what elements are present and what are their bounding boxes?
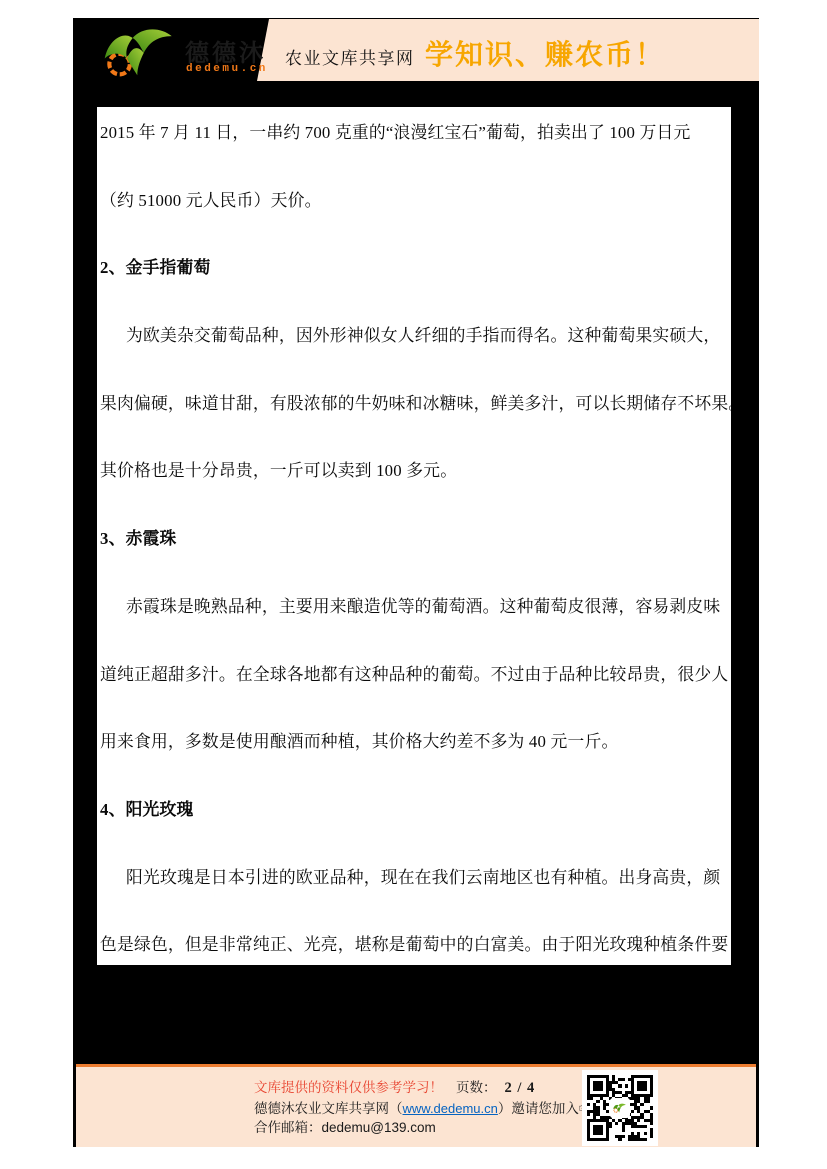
body-line: （约 51000 元人民币）天价。 bbox=[100, 187, 731, 255]
dedemu-logo: 德德沐 dedemu.cn bbox=[97, 25, 267, 79]
footer-row-email: 合作邮箱：dedemu@139.com bbox=[254, 1118, 592, 1138]
body-line: 色是绿色，但是非常纯正、光亮，堪称是葡萄中的白富美。由于阳光玫瑰种植条件要 bbox=[100, 931, 731, 965]
reference-notice: 文库提供的资料仅供参考学习！ bbox=[254, 1078, 456, 1098]
site-name: 农业文库共享网 bbox=[285, 44, 415, 69]
document-canvas: 德德沐 dedemu.cn 农业文库共享网 学知识、赚农币！ 2015 年 7 … bbox=[0, 0, 827, 1169]
bird-logo-icon bbox=[97, 25, 185, 79]
website-link[interactable]: www.dedemu.cn bbox=[403, 1101, 498, 1116]
footer-row-notice: 文库提供的资料仅供参考学习！页数：2 / 4 bbox=[254, 1078, 592, 1099]
page-number: 2 / 4 bbox=[505, 1080, 536, 1096]
section-heading: 3、赤霞珠 bbox=[100, 525, 731, 593]
body-line: 其价格也是十分昂贵，一斤可以卖到 100 多元。 bbox=[100, 457, 731, 525]
invite-suffix: ）邀请您加入☞ bbox=[498, 1101, 593, 1116]
brand-domain: dedemu.cn bbox=[186, 63, 268, 75]
header-banner: 德德沐 dedemu.cn 农业文库共享网 学知识、赚农币！ bbox=[73, 19, 759, 81]
body-line: 果肉偏硬，味道甘甜，有股浓郁的牛奶味和冰糖味，鲜美多汁，可以长期储存不坏果。 bbox=[100, 390, 731, 458]
pages-label: 页数： bbox=[456, 1080, 497, 1095]
qr-code bbox=[582, 1070, 658, 1146]
document-text-block: 2015 年 7 月 11 日，一串约 700 克重的“浪漫红宝石”葡萄，拍卖出… bbox=[97, 107, 731, 965]
section-heading: 4、阳光玫瑰 bbox=[100, 796, 731, 864]
footer-row-invite: 德德沐农业文库共享网（www.dedemu.cn）邀请您加入☞ bbox=[254, 1099, 592, 1119]
body-line: 阳光玫瑰是日本引进的欧亚品种，现在在我们云南地区也有种植。出身高贵，颜 bbox=[100, 864, 731, 932]
section-heading: 2、金手指葡萄 bbox=[100, 254, 731, 322]
pdf-page: 德德沐 dedemu.cn 农业文库共享网 学知识、赚农币！ 2015 年 7 … bbox=[73, 18, 759, 1147]
body-line: 道纯正超甜多汁。在全球各地都有这种品种的葡萄。不过由于品种比较昂贵，很少人 bbox=[100, 661, 731, 729]
body-line: 2015 年 7 月 11 日，一串约 700 克重的“浪漫红宝石”葡萄，拍卖出… bbox=[100, 119, 731, 187]
email-address: dedemu@139.com bbox=[322, 1120, 436, 1135]
footer-banner: 文库提供的资料仅供参考学习！页数：2 / 4 德德沐农业文库共享网（www.de… bbox=[76, 1064, 756, 1147]
banner-slogan: 学知识、赚农币！ bbox=[425, 33, 665, 73]
email-label: 合作邮箱： bbox=[254, 1120, 322, 1135]
body-line: 赤霞珠是晚熟品种，主要用来酿造优等的葡萄酒。这种葡萄皮很薄，容易剥皮味 bbox=[100, 593, 731, 661]
qr-center-logo-icon bbox=[610, 1098, 630, 1118]
body-line: 用来食用，多数是使用酿酒而种植，其价格大约差不多为 40 元一斤。 bbox=[100, 728, 731, 796]
body-line: 为欧美杂交葡萄品种，因外形神似女人纤细的手指而得名。这种葡萄果实硕大， bbox=[100, 322, 731, 390]
footer-text: 文库提供的资料仅供参考学习！页数：2 / 4 德德沐农业文库共享网（www.de… bbox=[254, 1078, 592, 1138]
invite-prefix: 德德沐农业文库共享网（ bbox=[254, 1101, 403, 1116]
